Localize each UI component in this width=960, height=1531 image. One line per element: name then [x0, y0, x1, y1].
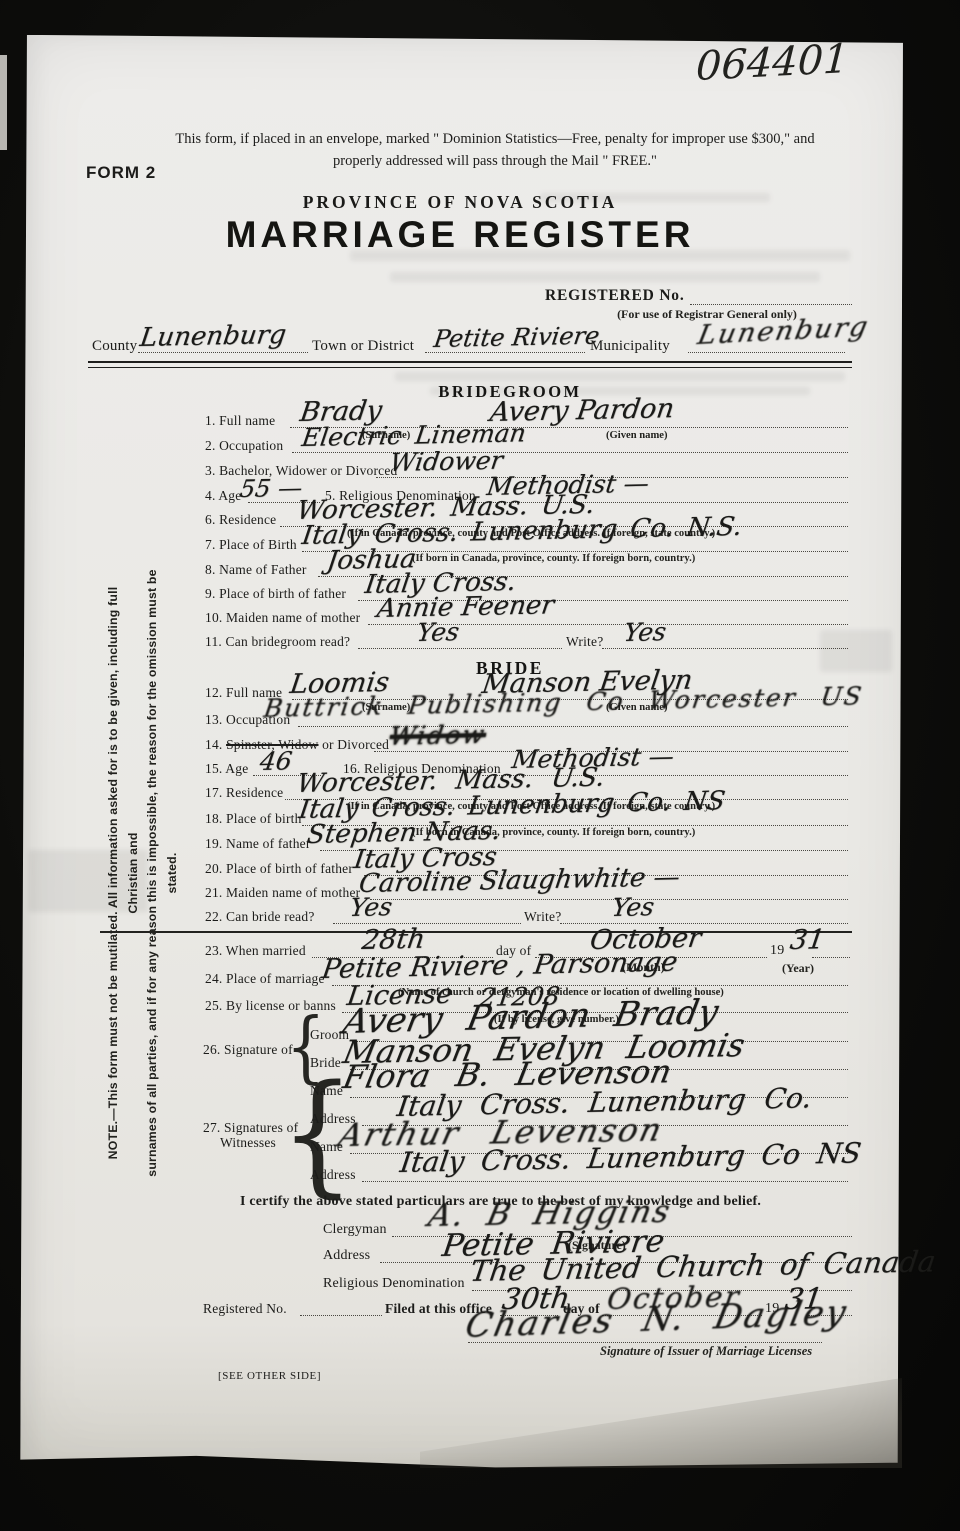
- province-heading: PROVINCE OF NOVA SCOTIA: [230, 192, 690, 213]
- registered-no-footer-label: Registered No.: [203, 1301, 287, 1317]
- dotted-line: [298, 724, 848, 727]
- field-1-full-name-label: 1. Full name: [205, 413, 275, 429]
- witness2-address-label: Address: [310, 1167, 356, 1183]
- issuer-caption: Signature of Issuer of Marriage Licenses: [600, 1344, 812, 1359]
- dotted-line: [812, 955, 850, 958]
- document-number-handwritten: 064401: [695, 36, 850, 90]
- field-2-occupation-label: 2. Occupation: [205, 438, 283, 454]
- field-7-birthplace-label: 7. Place of Birth: [205, 537, 297, 553]
- section-divider: [88, 361, 852, 368]
- year-prefix: 19: [770, 943, 784, 959]
- field-4-age-label: 4. Age: [205, 488, 241, 504]
- bridegroom-read-handwritten: Yes: [415, 617, 461, 647]
- field-23-when-married-label: 23. When married: [205, 943, 306, 959]
- county-label: County: [92, 338, 137, 355]
- clergyman-address-label: Address: [323, 1248, 370, 1264]
- field-14-status-label: 14. Spinster, Widow or Divorced: [205, 737, 389, 753]
- bride-age-handwritten: 46: [258, 746, 294, 776]
- page-title: MARRIAGE REGISTER: [180, 214, 740, 256]
- scanned-marriage-register-page: 064401 This form, if placed in an envelo…: [0, 0, 960, 1531]
- municipality-label: Municipality: [590, 338, 670, 355]
- field-11-write-label: Write?: [566, 634, 603, 650]
- field-22-read-label: 22. Can bride read?: [205, 909, 315, 925]
- section-divider: [100, 931, 852, 933]
- bleed-artifact: [820, 630, 892, 672]
- denomination-label: Religious Denomination: [323, 1276, 465, 1292]
- clergyman-label: Clergyman: [323, 1222, 387, 1238]
- bridegroom-write-handwritten: Yes: [622, 617, 668, 647]
- bride-read-handwritten: Yes: [348, 892, 394, 922]
- margin-note: NOTE.—This form must not be mutilated. A…: [104, 564, 158, 1182]
- dotted-line: [690, 302, 852, 305]
- marriage-year-handwritten: 31: [788, 924, 827, 956]
- mail-notice-line1: This form, if placed in an envelope, mar…: [120, 131, 870, 148]
- field-17-residence-label: 17. Residence: [205, 785, 283, 801]
- dotted-line: [688, 350, 845, 353]
- margin-note-line1: NOTE.—This form must not be mutilated. A…: [104, 564, 143, 1182]
- registered-no-label: REGISTERED No.: [545, 287, 685, 305]
- field-27-witnesses-label2: Witnesses: [220, 1135, 276, 1151]
- field-18-birthplace-label: 18. Place of birth: [205, 811, 302, 827]
- field-22-write-label: Write?: [524, 909, 561, 925]
- field-9-father-birthplace-label: 9. Place of birth of father: [205, 586, 346, 602]
- bride-status-handwritten-struck: Widow: [388, 720, 488, 751]
- bridegroom-status-handwritten: Widower: [388, 446, 505, 477]
- bleed-artifact: [390, 272, 820, 282]
- margin-note-line2: surnames of all parties, and if for any …: [143, 564, 182, 1182]
- field-14-number: 14.: [205, 737, 222, 752]
- mail-notice-line2: properly addressed will pass through the…: [120, 153, 870, 170]
- dotted-line: [560, 921, 848, 924]
- field-21-mother-label: 21. Maiden name of mother: [205, 885, 360, 901]
- field-19-father-label: 19. Name of father: [205, 836, 311, 852]
- birthplace-caption: (If born in Canada, province, county. If…: [412, 553, 695, 564]
- field-10-mother-label: 10. Maiden name of mother: [205, 610, 360, 626]
- field-11-read-label: 11. Can bridegroom read?: [205, 634, 350, 650]
- dotted-line: [358, 646, 562, 649]
- bleed-artifact: [395, 372, 845, 381]
- dotted-line: [300, 1313, 382, 1316]
- town-district-label: Town or District: [312, 338, 414, 355]
- witness1-name-label: Name: [310, 1083, 343, 1099]
- field-6-residence-label: 6. Residence: [205, 512, 276, 528]
- dotted-line: [292, 450, 848, 453]
- dotted-line: [370, 897, 848, 900]
- dotted-line: [362, 1179, 848, 1182]
- town-district-value-handwritten: Petite Riviere: [432, 322, 601, 353]
- form-number-label: FORM 2: [86, 163, 156, 183]
- given-name-caption: (Given name): [606, 430, 668, 441]
- bride-write-handwritten: Yes: [610, 892, 656, 922]
- county-value-handwritten: Lunenburg: [138, 320, 288, 353]
- year-caption: (Year): [782, 961, 814, 976]
- field-24-place-label: 24. Place of marriage: [205, 971, 325, 987]
- see-other-side-note: [SEE OTHER SIDE]: [218, 1370, 321, 1382]
- field-8-father-label: 8. Name of Father: [205, 562, 307, 578]
- field-20-father-birthplace-label: 20. Place of birth of father: [205, 861, 353, 877]
- bridegroom-age-handwritten: 55 —: [238, 474, 304, 503]
- scan-edge-artifact: [0, 55, 7, 150]
- field-15-age-label: 15. Age: [205, 761, 248, 777]
- bridegroom-mother-handwritten: Annie Feener: [375, 590, 556, 624]
- dotted-line: [138, 350, 308, 353]
